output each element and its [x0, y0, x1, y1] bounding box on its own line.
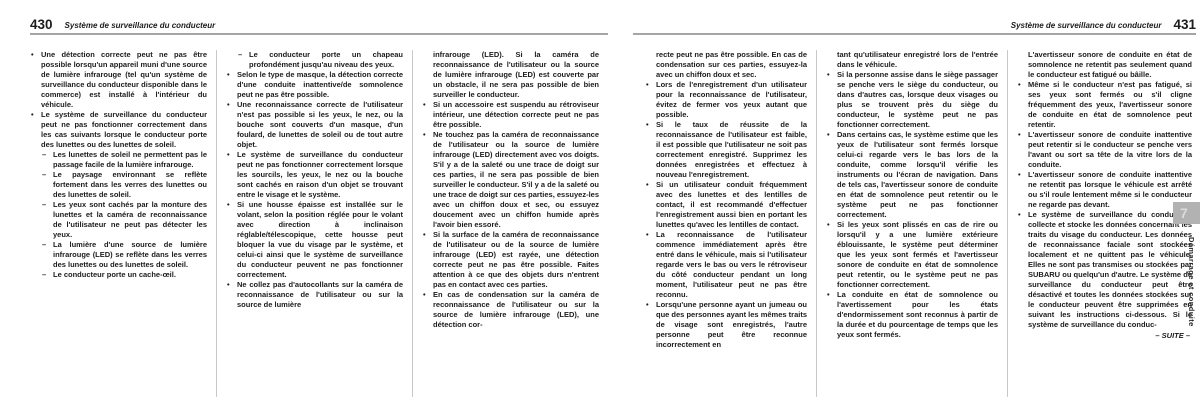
bullet-marker: • [227, 150, 230, 160]
page-title-left: Système de surveillance du conducteur [65, 21, 216, 31]
text: Si la surface de la caméra de reconnaiss… [433, 230, 599, 289]
text: Si la personne assise dans le siège pass… [837, 70, 998, 129]
bullet-item: •Si la personne assise dans le siège pas… [826, 70, 998, 130]
bullet-item: •Selon le type de masque, la détection c… [226, 70, 403, 100]
dash-marker: – [42, 170, 46, 180]
dash-item: –Les yeux sont cachés par la monture des… [30, 200, 207, 240]
text: L'avertisseur sonore de conduite inatten… [1028, 170, 1192, 209]
bullet-item: •L'avertisseur sonore de conduite inatte… [1017, 130, 1192, 170]
text: La lumière d'une source de lumière infra… [53, 240, 207, 269]
text: Si le taux de réussite de la reconnaissa… [656, 120, 807, 179]
bullet-marker: • [646, 300, 649, 310]
manual-spread: 430 Système de surveillance du conducteu… [30, 12, 1196, 397]
bullet-item: •Le système de surveillance du conducteu… [1017, 210, 1192, 330]
dash-marker: – [238, 50, 242, 60]
page-430: 430 Système de surveillance du conducteu… [30, 12, 608, 397]
bullet-item: •Si une housse épaisse est installée sur… [226, 200, 403, 280]
dash-marker: – [42, 200, 46, 210]
text: Le système de surveillance du conducteur… [41, 110, 207, 149]
dash-marker: – [42, 240, 46, 250]
bullet-marker: • [646, 80, 649, 90]
dash-item: –Les lunettes de soleil ne permettent pa… [30, 150, 207, 170]
bullet-marker: • [1018, 210, 1021, 220]
bullet-marker: • [423, 230, 426, 240]
paragraph-continuation: recte peut ne pas être possible. En cas … [645, 50, 807, 80]
text: L'avertisseur sonore de conduite en état… [1028, 50, 1192, 79]
text: La conduite en état de somnolence ou l'a… [837, 290, 998, 339]
text: Si les yeux sont plissés en cas de rire … [837, 220, 998, 289]
bullet-item: •Ne touchez pas la caméra de reconnaissa… [422, 130, 599, 230]
bullet-marker: • [423, 100, 426, 110]
bullet-item: •Le système de surveillance du conducteu… [226, 150, 403, 200]
text-column: tant qu'utilisateur enregistré lors de l… [816, 50, 1007, 397]
dash-marker: – [42, 150, 46, 160]
bullet-item: •Le système de surveillance du conducteu… [30, 110, 207, 150]
paragraph-continuation: tant qu'utilisateur enregistré lors de l… [826, 50, 998, 70]
bullet-marker: • [31, 50, 34, 60]
bullet-marker: • [646, 180, 649, 190]
dash-marker: – [42, 270, 46, 280]
text: La reconnaissance de l'utilisateur comme… [656, 230, 807, 299]
text: Si un accessoire est suspendu au rétrovi… [433, 100, 599, 129]
text-column: –Le conducteur porte un chapeau profondé… [216, 50, 412, 397]
text: Le système de surveillance du conducteur… [237, 150, 403, 199]
page-431-columns: recte peut ne pas être possible. En cas … [633, 50, 1196, 397]
text: Ne collez pas d'autocollants sur la camé… [237, 280, 403, 309]
dash-item: –Le conducteur porte un chapeau profondé… [226, 50, 403, 70]
chapter-label: Démarrage et conduite [1187, 237, 1196, 327]
bullet-item: •Une reconnaissance correcte de l'utilis… [226, 100, 403, 150]
bullet-item: •Lorsqu'une personne ayant un jumeau ou … [645, 300, 807, 350]
text: Les lunettes de soleil ne permettent pas… [53, 150, 207, 169]
text: – SUITE – [1155, 331, 1190, 340]
bullet-marker: • [227, 280, 230, 290]
continued-note: – SUITE – [1017, 331, 1192, 341]
text: Si une housse épaisse est installée sur … [237, 200, 403, 279]
page-title-right: Système de surveillance du conducteur [1011, 21, 1162, 31]
bullet-item: •Si un accessoire est suspendu au rétrov… [422, 100, 599, 130]
page-number-right: 431 [1173, 18, 1196, 32]
text: Même si le conducteur n'est pas fatigué,… [1028, 80, 1192, 129]
text: Le conducteur porte un cache-œil. [53, 270, 176, 279]
page-431: Système de surveillance du conducteur 43… [633, 12, 1196, 397]
text: Dans certains cas, le système estime que… [837, 130, 998, 219]
page-430-columns: •Une détection correcte peut ne pas être… [30, 50, 608, 397]
text: infrarouge (LED). Si la caméra de reconn… [433, 50, 599, 99]
text: Le paysage environnant se reflète fortem… [53, 170, 207, 199]
text: Selon le type de masque, la détection co… [237, 70, 403, 99]
bullet-item: •Si la surface de la caméra de reconnais… [422, 230, 599, 290]
text: Une reconnaissance correcte de l'utilisa… [237, 100, 403, 149]
bullet-marker: • [1018, 130, 1021, 140]
bullet-marker: • [227, 100, 230, 110]
bullet-item: •La reconnaissance de l'utilisateur comm… [645, 230, 807, 300]
page-number-left: 430 [30, 18, 53, 32]
text-column: •Une détection correcte peut ne pas être… [30, 50, 216, 397]
bullet-marker: • [423, 290, 426, 300]
dash-item: –Le conducteur porte un cache-œil. [30, 270, 207, 280]
bullet-item: •Si les yeux sont plissés en cas de rire… [826, 220, 998, 290]
bullet-marker: • [827, 220, 830, 230]
bullet-item: •Dans certains cas, le système estime qu… [826, 130, 998, 220]
dash-item: –Le paysage environnant se reflète forte… [30, 170, 207, 200]
bullet-item: •Même si le conducteur n'est pas fatigué… [1017, 80, 1192, 130]
text: Le conducteur porte un chapeau profondém… [249, 50, 403, 69]
text: L'avertisseur sonore de conduite inatten… [1028, 130, 1192, 169]
text: Lors de l'enregistrement d'un utilisateu… [656, 80, 807, 119]
page-430-header: 430 Système de surveillance du conducteu… [30, 12, 608, 35]
bullet-marker: • [1018, 170, 1021, 180]
text: Une détection correcte peut ne pas être … [41, 50, 207, 109]
bullet-item: •Une détection correcte peut ne pas être… [30, 50, 207, 110]
bullet-item: •Si le taux de réussite de la reconnaiss… [645, 120, 807, 180]
paragraph-continuation: infrarouge (LED). Si la caméra de reconn… [422, 50, 599, 100]
bullet-marker: • [227, 200, 230, 210]
bullet-item: •Lors de l'enregistrement d'un utilisate… [645, 80, 807, 120]
text: recte peut ne pas être possible. En cas … [656, 50, 807, 79]
bullet-marker: • [227, 70, 230, 80]
text: Si un utilisateur conduit fréquemment av… [656, 180, 807, 229]
bullet-marker: • [646, 230, 649, 240]
text: tant qu'utilisateur enregistré lors de l… [837, 50, 998, 69]
text: En cas de condensation sur la caméra de … [433, 290, 599, 329]
chapter-tab: 7 [1173, 202, 1200, 224]
bullet-item: •La conduite en état de somnolence ou l'… [826, 290, 998, 340]
dash-item: –La lumière d'une source de lumière infr… [30, 240, 207, 270]
bullet-item: •Si un utilisateur conduit fréquemment a… [645, 180, 807, 230]
chapter-tab-number: 7 [1180, 205, 1188, 221]
paragraph-continuation: L'avertisseur sonore de conduite en état… [1017, 50, 1192, 80]
bullet-marker: • [827, 130, 830, 140]
bullet-marker: • [827, 290, 830, 300]
text: Les yeux sont cachés par la monture des … [53, 200, 207, 239]
text-column: recte peut ne pas être possible. En cas … [645, 50, 816, 397]
text: Ne touchez pas la caméra de reconnaissan… [433, 130, 599, 229]
bullet-item: •L'avertisseur sonore de conduite inatte… [1017, 170, 1192, 210]
bullet-marker: • [31, 110, 34, 120]
bullet-marker: • [1018, 80, 1021, 90]
bullet-item: •En cas de condensation sur la caméra de… [422, 290, 599, 330]
text-column: L'avertisseur sonore de conduite en état… [1007, 50, 1196, 397]
bullet-marker: • [646, 120, 649, 130]
bullet-marker: • [423, 130, 426, 140]
text-column: infrarouge (LED). Si la caméra de reconn… [412, 50, 608, 397]
bullet-marker: • [827, 70, 830, 80]
bullet-item: •Ne collez pas d'autocollants sur la cam… [226, 280, 403, 310]
text: Lorsqu'une personne ayant un jumeau ou q… [656, 300, 807, 349]
text: Le système de surveillance du conducteur… [1028, 210, 1192, 329]
page-431-header: Système de surveillance du conducteur 43… [633, 12, 1196, 35]
